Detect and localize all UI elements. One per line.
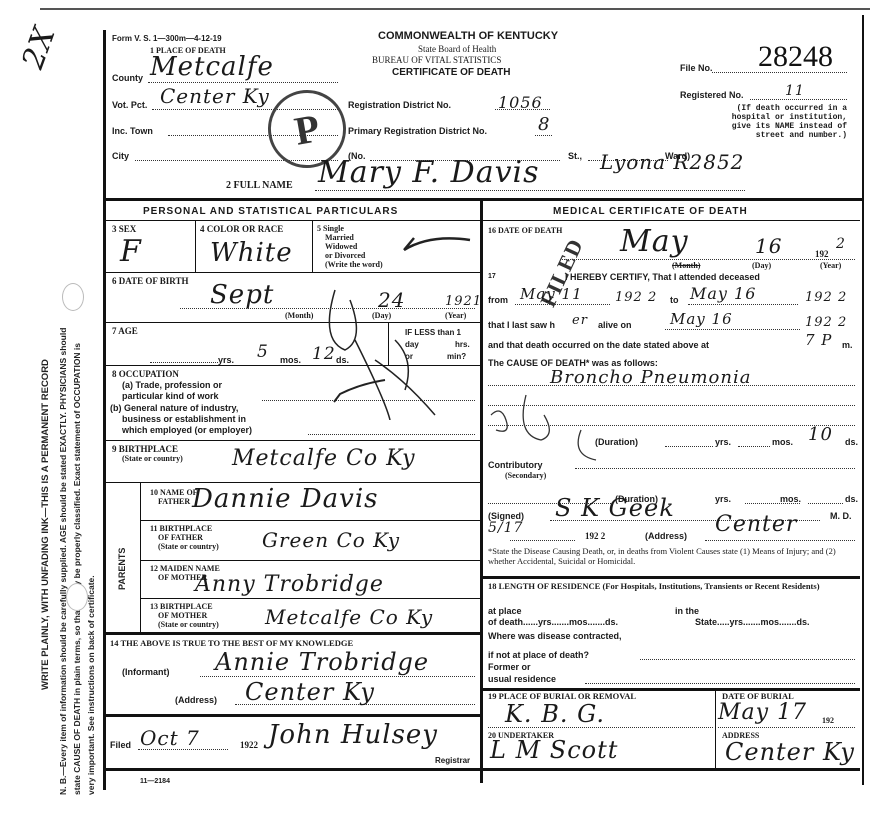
last-saw-label: that I last saw h: [488, 320, 555, 330]
top-border: [40, 8, 870, 10]
father-name-label1: 10 NAME OF: [150, 488, 198, 497]
informant-line: [200, 676, 475, 677]
county-label: County: [112, 73, 143, 83]
alive-on-value: May 16: [670, 310, 733, 328]
footnote: *State the Disease Causing Death, or, in…: [488, 546, 858, 566]
city-label: City: [112, 151, 129, 161]
rule: [312, 220, 313, 273]
full-name-label: 2 FULL NAME: [226, 180, 293, 191]
mother-bp-label2: OF MOTHER: [158, 611, 207, 620]
form-border-left: [103, 30, 106, 790]
commonwealth-title: COMMONWEALTH OF KENTUCKY: [378, 30, 558, 42]
form-border-right: [862, 15, 864, 785]
occurred-label: and that death occurred on the date stat…: [488, 340, 709, 350]
dod-year-prefix: 192: [815, 249, 829, 259]
bureau-label: BUREAU OF VITAL STATISTICS: [372, 55, 501, 65]
burial-date-line: [718, 727, 855, 728]
alive-on-year: 192 2: [805, 315, 847, 330]
duration2-yrs: yrs.: [715, 494, 731, 504]
burial-year: 192: [822, 716, 834, 725]
date-of-death-line: [560, 259, 855, 260]
dob-month-caption: (Month): [285, 311, 313, 320]
age-label: 7 AGE: [112, 326, 138, 336]
sex-value: F: [120, 234, 142, 269]
punch-hole: [66, 583, 88, 611]
rule: [106, 365, 480, 366]
filed-label: Filed: [110, 740, 131, 750]
rule: [195, 220, 196, 273]
certify-number: 17: [488, 273, 496, 280]
full-name-value: Mary F. Davis: [318, 155, 540, 190]
undertaker-value: L M Scott: [490, 736, 618, 764]
md-label: M. D.: [830, 511, 852, 521]
to-value: May 16: [690, 284, 756, 303]
certificate-title: CERTIFICATE OF DEATH: [392, 67, 511, 78]
duration-mos-line: [738, 446, 770, 447]
occupation-checkmark: [330, 378, 390, 406]
secondary-label: (Secondary): [505, 471, 546, 480]
age-yrs-caption: yrs.: [218, 355, 234, 365]
rule: [106, 632, 480, 635]
sign-year: 192 2: [585, 531, 605, 541]
marital-label-2: Married: [325, 233, 354, 242]
marital-label-1: 5 Single: [317, 224, 344, 233]
contributory-label: Contributory: [488, 460, 543, 470]
from-label: from: [488, 295, 508, 305]
signed-value: S K Geek: [555, 494, 675, 522]
inc-town-label: Inc. Town: [112, 126, 153, 136]
at-place: at place: [488, 606, 522, 616]
duration2-mos: mos.: [780, 494, 801, 504]
informant-value: Annie Trobridge: [215, 648, 429, 676]
md-address-value: Center: [715, 512, 797, 537]
full-name-annotation: Lyona R2852: [600, 150, 744, 174]
dod-month-caption: (Month): [672, 261, 700, 270]
duration-ds-value: 10: [808, 424, 833, 445]
to-label: to: [670, 295, 679, 305]
stamp-p-letter: P: [291, 104, 323, 155]
usual-residence-line: [585, 683, 855, 684]
duration-ds: ds.: [845, 437, 858, 447]
registration-district-label: Registration District No.: [348, 100, 451, 110]
registrar-label: Registrar: [435, 756, 470, 765]
rule: [106, 482, 480, 483]
rule: [715, 688, 716, 770]
sign-date-line: [510, 540, 575, 541]
rule: [483, 768, 860, 771]
margin-mark: 2X: [16, 22, 63, 74]
registrar-value: John Hulsey: [268, 720, 438, 750]
last-saw-pronoun: er: [572, 313, 588, 328]
father-bp-label3: (State or country): [158, 542, 219, 551]
rule: [106, 714, 480, 717]
age-mos-value: 5: [257, 342, 269, 362]
occupation-b-line3: which employed (or employer): [122, 425, 252, 435]
street-label: St.,: [568, 151, 582, 161]
county-value: Metcalfe: [150, 52, 274, 82]
duration-mos: mos.: [772, 437, 793, 447]
race-label: 4 COLOR OR RACE: [200, 224, 283, 234]
true-statement-label: 14 THE ABOVE IS TRUE TO THE BEST OF MY K…: [110, 638, 353, 648]
filed-year: 1922: [240, 740, 258, 750]
occurred-value: 7 P: [805, 331, 832, 349]
marital-checkmark: [400, 228, 475, 258]
county-line: [148, 82, 338, 83]
birthplace-sub: (State or country): [122, 454, 183, 463]
to-year: 192 2: [805, 290, 847, 305]
birthplace-value: Metcalfe Co Ky: [232, 446, 416, 471]
filed-value: Oct 7: [140, 726, 200, 750]
hospital-note: (If death occurred in a hospital or inst…: [715, 104, 847, 140]
rule: [106, 440, 480, 441]
parents-divider: [140, 482, 141, 632]
file-no-value: 28248: [758, 40, 833, 74]
duration-yrs-line: [665, 446, 713, 447]
registered-no-line: [750, 99, 847, 100]
birthplace-label: 9 BIRTHPLACE: [112, 444, 178, 454]
marital-label-3: Widowed: [325, 242, 357, 251]
dod-year-value: 2: [836, 236, 846, 252]
duration-yrs: yrs.: [715, 437, 731, 447]
footer-code: 11—2184: [140, 778, 170, 785]
medical-section-title: MEDICAL CERTIFICATE OF DEATH: [553, 206, 748, 217]
dod-day-caption: (Day): [752, 261, 771, 270]
sex-label: 3 SEX: [112, 224, 136, 234]
to-line: [688, 304, 798, 305]
mother-name-value: Anny Trobridge: [195, 572, 384, 597]
occurred-suffix: m.: [842, 340, 853, 350]
date-of-death-label: 16 DATE OF DEATH: [488, 226, 562, 235]
rule: [140, 598, 480, 599]
primary-registration-line: [535, 135, 552, 136]
from-year: 192 2: [615, 290, 657, 305]
margin-note-line1: N. B.—Every item of information should b…: [58, 328, 68, 795]
burial-line: [488, 727, 713, 728]
mother-bp-value: Metcalfe Co Ky: [265, 605, 433, 629]
margin-note-line3: very important. See instructions on back…: [86, 575, 96, 795]
from-line: [515, 304, 610, 305]
file-no-label: File No.: [680, 63, 713, 73]
father-name-value: Dannie Davis: [192, 484, 379, 514]
scribble-mark: [486, 375, 606, 465]
duration-label: (Duration): [595, 437, 638, 447]
rule: [483, 220, 860, 221]
parents-label: PARENTS: [117, 548, 127, 590]
duration2-ds-line: [808, 503, 843, 504]
marital-label-5: (Write the word): [325, 260, 383, 269]
dod-year-caption: (Year): [820, 261, 841, 270]
dob-month-value: Sept: [210, 280, 274, 310]
alive-on-line: [665, 329, 800, 330]
primary-registration-label: Primary Registration District No.: [348, 126, 487, 136]
if-not: if not at place of death?: [488, 650, 589, 660]
father-bp-value: Green Co Ky: [262, 528, 400, 552]
punch-hole: [62, 283, 84, 311]
dob-label: 6 DATE OF BIRTH: [112, 276, 188, 286]
address-value: Center Ky: [245, 678, 375, 706]
if-not-line: [640, 659, 855, 660]
state-line: State.....yrs.......mos.......ds.: [695, 617, 810, 627]
rule: [483, 576, 860, 579]
burial-value: K. B. G.: [505, 700, 605, 728]
primary-registration-value: 8: [538, 114, 550, 135]
state-board: State Board of Health: [418, 44, 496, 54]
registration-district-value: 1056: [498, 93, 543, 112]
occupation-label: 8 OCCUPATION: [112, 369, 179, 379]
rule: [106, 220, 480, 221]
marital-label-4: or Divorced: [325, 251, 365, 260]
mother-bp-label1: 13 BIRTHPLACE: [150, 602, 213, 611]
mother-bp-label3: (State or country): [158, 620, 219, 629]
burial-date-value: May 17: [718, 700, 807, 725]
rule: [140, 520, 480, 521]
contributory-line: [575, 468, 855, 469]
rule: [106, 272, 480, 273]
dod-day-value: 16: [755, 234, 782, 258]
filed-line: [138, 749, 228, 750]
father-bp-label1: 11 BIRTHPLACE: [150, 524, 212, 533]
vot-pct-label: Vot. Pct.: [112, 100, 147, 110]
rule: [106, 768, 480, 771]
personal-section-title: PERSONAL AND STATISTICAL PARTICULARS: [143, 206, 398, 217]
rule: [140, 560, 480, 561]
age-yrs-line: [150, 362, 218, 363]
occupation-a-line2: particular kind of work: [122, 391, 219, 401]
vot-pct-value: Center Ky: [160, 84, 270, 108]
registered-no-value: 11: [785, 83, 805, 99]
father-name-label2: FATHER: [158, 497, 190, 506]
occupation-b-line: [308, 434, 475, 435]
undertaker-address-value: Center Ky: [725, 738, 855, 766]
father-bp-label2: OF FATHER: [158, 533, 203, 542]
from-value: May 11: [520, 285, 583, 303]
md-address-label: (Address): [645, 531, 687, 541]
occupation-b-line1: (b) General nature of industry,: [110, 403, 238, 413]
margin-note-line2: state CAUSE OF DEATH in plain terms, so …: [72, 343, 82, 795]
registered-no-label: Registered No.: [680, 90, 744, 100]
former-label: Former or: [488, 662, 531, 672]
dod-month-value: May: [620, 224, 689, 259]
section-divider: [106, 198, 862, 201]
age-mos-caption: mos.: [280, 355, 301, 365]
occupation-b-line2: business or establishment in: [122, 414, 246, 424]
where-contracted: Where was disease contracted,: [488, 631, 622, 641]
usual-residence: usual residence: [488, 674, 556, 684]
certify-text: I HEREBY CERTIFY, That I attended deceas…: [565, 272, 760, 282]
informant-label: (Informant): [122, 667, 170, 677]
md-address-line: [705, 540, 855, 541]
write-plainly-notice: WRITE PLAINLY, WITH UNFADING INK—THIS IS…: [40, 359, 51, 690]
occupation-a-line1: (a) Trade, profession or: [122, 380, 222, 390]
duration2-ds: ds.: [845, 494, 858, 504]
residence-label: 18 LENGTH OF RESIDENCE (For Hospitals, I…: [488, 581, 858, 591]
full-name-line: [315, 190, 745, 191]
sign-date-value: 5/17: [488, 520, 523, 536]
of-death-line: of death......yrs.......mos.......ds.: [488, 617, 618, 627]
alive-on-label: alive on: [598, 320, 632, 330]
race-value: White: [210, 238, 293, 268]
in-the: in the: [675, 606, 699, 616]
address-label: (Address): [175, 695, 217, 705]
form-number: Form V. S. 1—300m—4-12-19: [112, 34, 222, 43]
